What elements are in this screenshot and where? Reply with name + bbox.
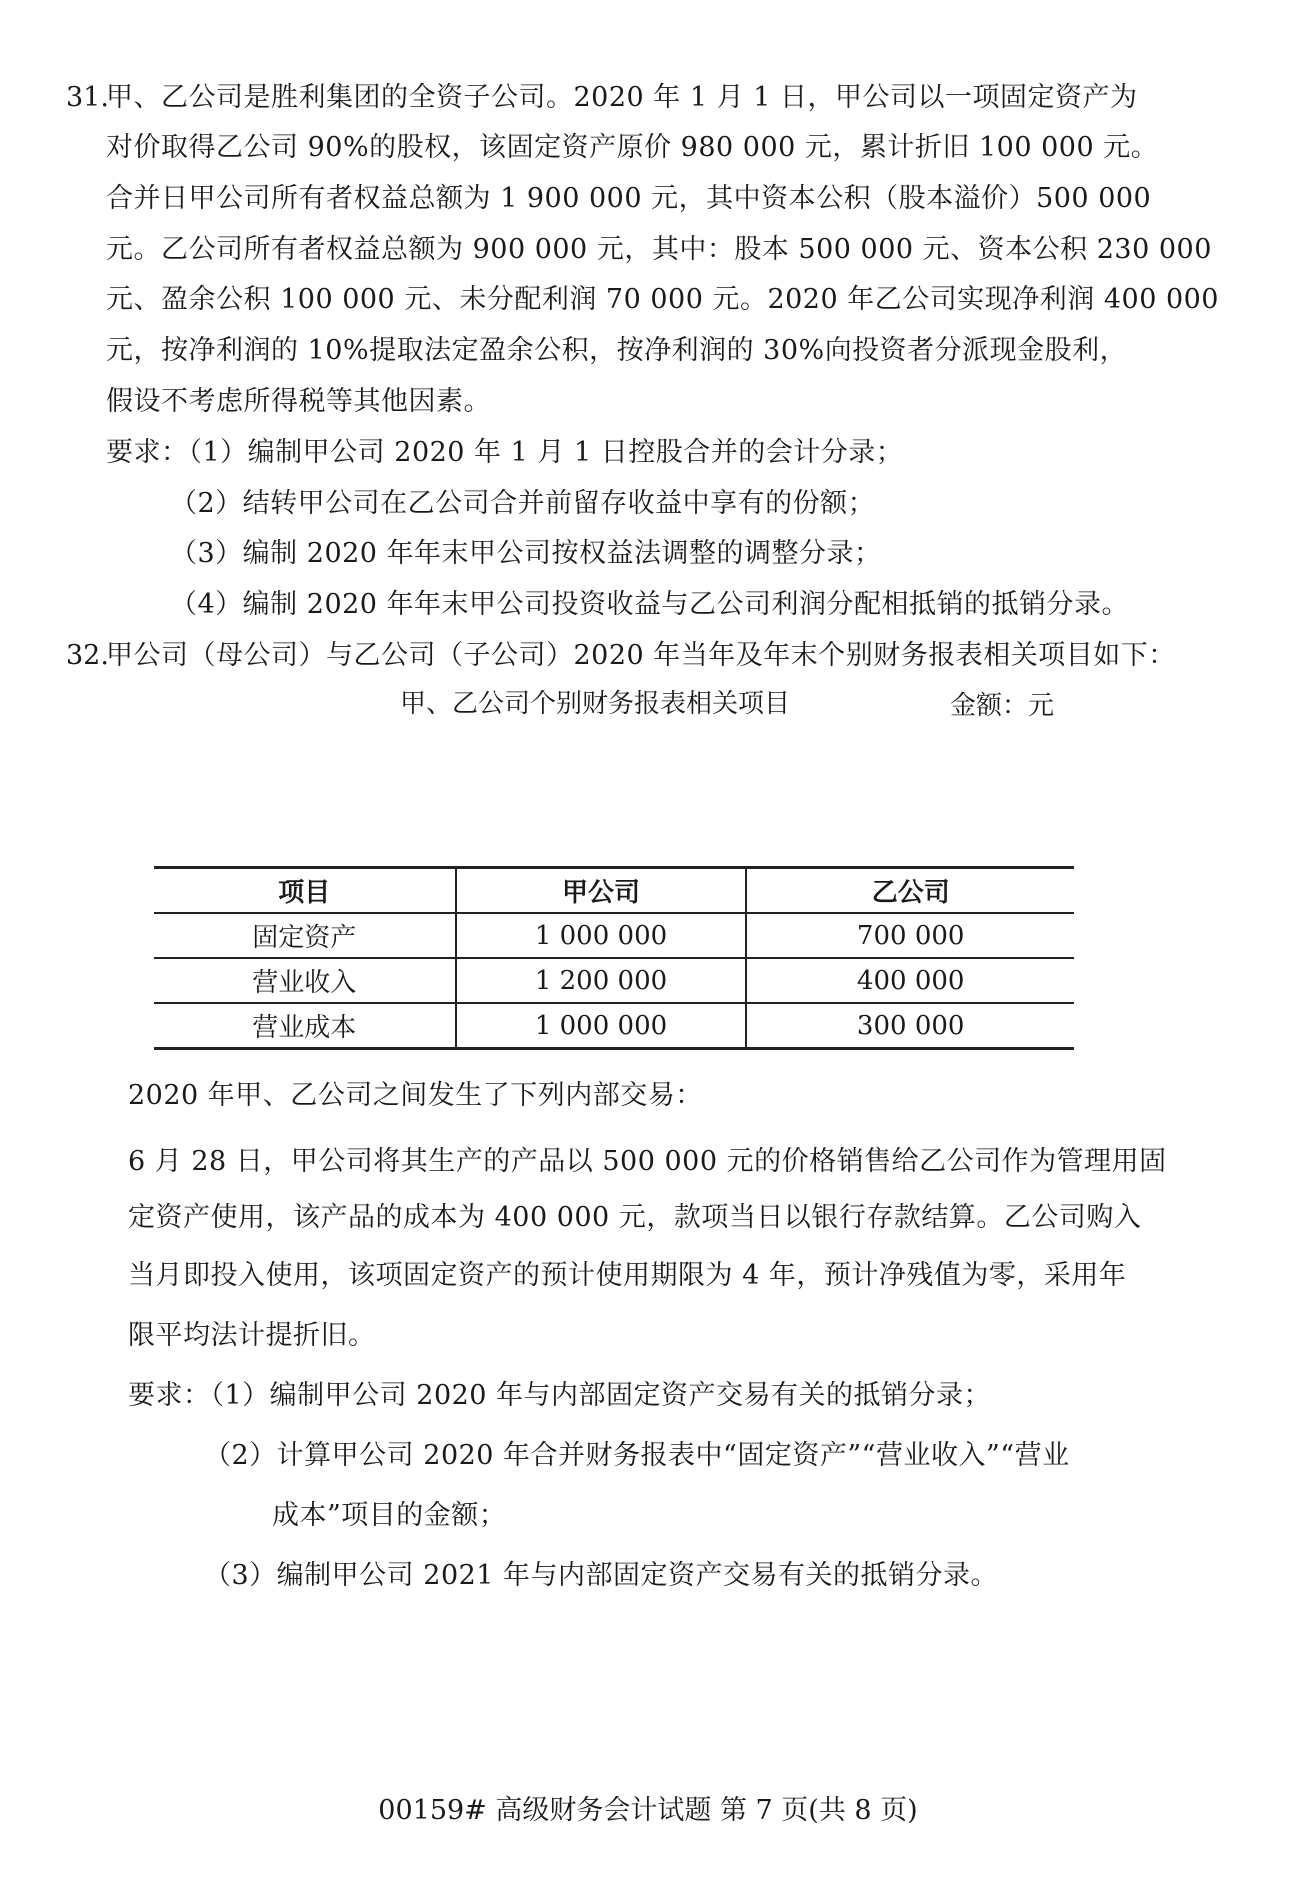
q31-requirement: （4）编制 2020 年年末甲公司投资收益与乙公司利润分配相抵销的抵销分录。	[170, 587, 1129, 623]
q31-requirement: （2）结转甲公司在乙公司合并前留存收益中享有的份额；	[170, 486, 875, 522]
q31-requirement: （3）编制 2020 年年末甲公司按权益法调整的调整分录；	[170, 536, 882, 572]
q32-text-line: 2020 年甲、乙公司之间发生了下列内部交易：	[128, 1078, 703, 1114]
q31-text-line: 假设不考虑所得税等其他因素。	[106, 384, 491, 420]
q31-requirement: 要求：（1）编制甲公司 2020 年 1 月 1 日控股合并的会计分录；	[106, 435, 903, 471]
question-number: 31.	[66, 80, 109, 116]
table-title: 甲、乙公司个别财务报表相关项目	[400, 686, 790, 722]
q32-requirement: 要求：（1）编制甲公司 2020 年与内部固定资产交易有关的抵销分录；	[128, 1378, 991, 1414]
q31-text-line: 甲、乙公司是胜利集团的全资子公司。2020 年 1 月 1 日，甲公司以一项固定…	[106, 80, 1137, 116]
q32-requirement: （2）计算甲公司 2020 年合并财务报表中“固定资产”“营业收入”“营业	[204, 1438, 1070, 1474]
q32-requirement: （3）编制甲公司 2021 年与内部固定资产交易有关的抵销分录。	[204, 1558, 998, 1594]
header-company-a: 甲公司	[456, 868, 747, 914]
table-header-row: 项目 甲公司 乙公司	[154, 868, 1074, 914]
row-label: 营业成本	[154, 1003, 456, 1049]
cell-value: 1 200 000	[456, 958, 747, 1003]
q32-intro: 甲公司（母公司）与乙公司（子公司）2020 年当年及年末个别财务报表相关项目如下…	[106, 638, 1176, 674]
table-unit: 金额：元	[950, 688, 1054, 724]
table-row: 营业成本 1 000 000 300 000	[154, 1003, 1074, 1049]
q32-text-line: 6 月 28 日，甲公司将其生产的产品以 500 000 元的价格销售给乙公司作…	[128, 1144, 1167, 1180]
q31-text-line: 合并日甲公司所有者权益总额为 1 900 000 元，其中资本公积（股本溢价）5…	[106, 181, 1151, 217]
cell-value: 1 000 000	[456, 1003, 747, 1049]
q32-text-line: 当月即投入使用，该项固定资产的预计使用期限为 4 年，预计净残值为零，采用年	[128, 1258, 1126, 1294]
q31-text-line: 元、盈余公积 100 000 元、未分配利润 70 000 元。2020 年乙公…	[106, 282, 1219, 318]
cell-value: 300 000	[746, 1003, 1074, 1049]
cell-value: 700 000	[746, 913, 1074, 958]
row-label: 营业收入	[154, 958, 456, 1003]
q31-text-line: 元。乙公司所有者权益总额为 900 000 元，其中：股本 500 000 元、…	[106, 232, 1212, 268]
table-row: 营业收入 1 200 000 400 000	[154, 958, 1074, 1003]
q31-text-line: 元，按净利润的 10%提取法定盈余公积，按净利润的 30%向投资者分派现金股利，	[106, 333, 1127, 369]
page-footer: 00159# 高级财务会计试题 第 7 页(共 8 页)	[0, 1793, 1296, 1829]
q32-text-line: 定资产使用，该产品的成本为 400 000 元，款项当日以银行存款结算。乙公司购…	[128, 1200, 1141, 1236]
question-number: 32.	[66, 638, 109, 674]
cell-value: 1 000 000	[456, 913, 747, 958]
q32-text-line: 限平均法计提折旧。	[128, 1318, 376, 1354]
header-company-b: 乙公司	[746, 868, 1074, 914]
financial-statement-table: 项目 甲公司 乙公司 固定资产 1 000 000 700 000 营业收入 1…	[154, 866, 1074, 1050]
q32-requirement: 成本”项目的金额；	[272, 1498, 506, 1534]
table-row: 固定资产 1 000 000 700 000	[154, 913, 1074, 958]
q31-text-line: 对价取得乙公司 90%的股权，该固定资产原价 980 000 元，累计折旧 10…	[106, 130, 1158, 166]
row-label: 固定资产	[154, 913, 456, 958]
header-item: 项目	[154, 868, 456, 914]
cell-value: 400 000	[746, 958, 1074, 1003]
